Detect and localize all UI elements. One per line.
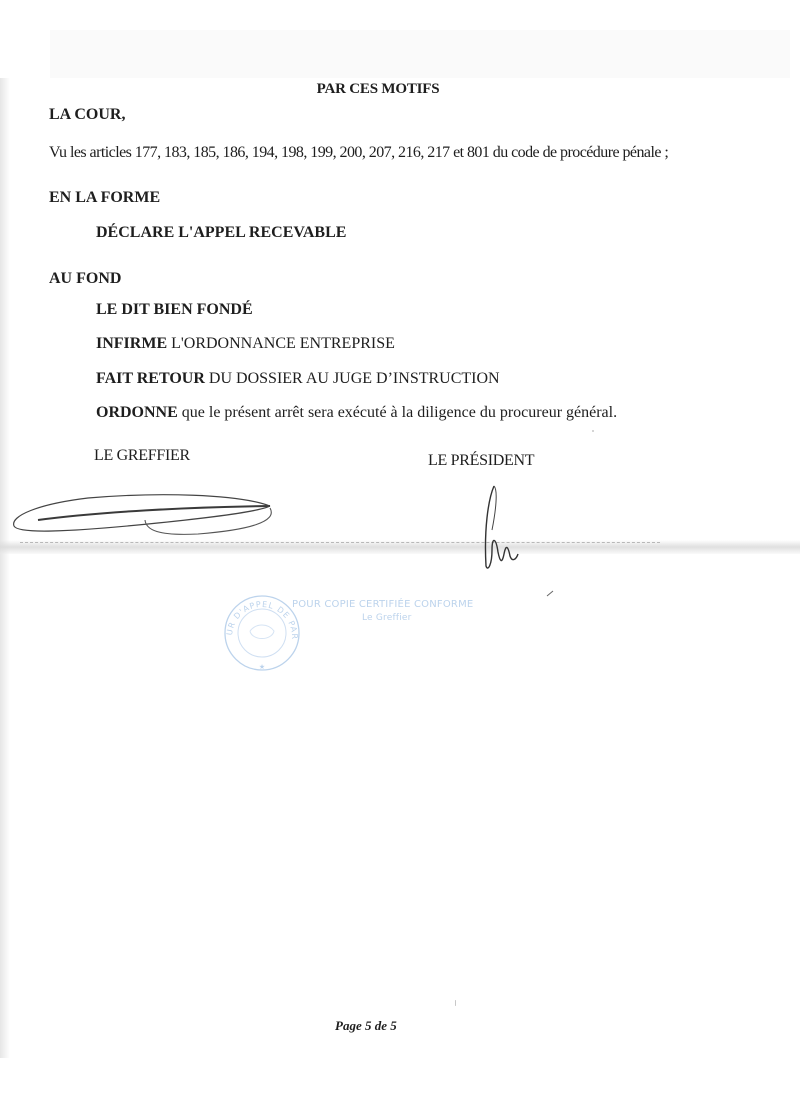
scan-haze [50,30,790,78]
certification-signer: Le Greffier [362,613,412,623]
scan-speck [592,430,594,432]
president-title: LE PRÉSIDENT [428,452,534,470]
svg-text:COUR D'APPEL DE PARIS: COUR D'APPEL DE PARIS [222,593,299,640]
pen-mark [545,588,555,598]
ruling-verb: FAIT RETOUR [96,370,205,387]
scan-edge-shadow [0,78,10,1058]
fold-line [20,542,660,543]
scan-speck [455,1000,456,1006]
merits-section-label: AU FOND [49,270,121,288]
page-heading: PAR CES MOTIFS [0,80,756,98]
greffier-signature [8,490,288,546]
certification-line: POUR COPIE CERTIFIÉE CONFORME [292,599,473,610]
court-seal: ★ COUR D'APPEL DE PARIS [222,593,302,673]
ruling-line: FAIT RETOUR DU DOSSIER AU JUGE D’INSTRUC… [96,370,500,388]
ruling-verb: LE DIT BIEN FONDÉ [96,301,253,318]
seal-text: COUR D'APPEL DE PARIS [222,593,299,640]
president-signature [480,480,560,580]
ruling-text: que le présent arrêt sera exécuté à la d… [178,404,617,421]
ruling-line: ORDONNE que le présent arrêt sera exécut… [96,404,617,422]
ruling-line: INFIRME L'ORDONNANCE ENTREPRISE [96,335,395,353]
ruling-line: LE DIT BIEN FONDÉ [96,301,253,319]
ruling-verb: INFIRME [96,335,167,352]
form-ruling: DÉCLARE L'APPEL RECEVABLE [96,224,346,242]
page-number: Page 5 de 5 [335,1017,397,1035]
form-section-label: EN LA FORME [49,189,160,207]
articles-line: Vu les articles 177, 183, 185, 186, 194,… [49,144,668,162]
ruling-text: DU DOSSIER AU JUGE D’INSTRUCTION [205,370,500,387]
court-label: LA COUR, [49,106,125,124]
svg-text:★: ★ [259,663,265,671]
ruling-verb: ORDONNE [96,404,178,421]
ruling-text: L'ORDONNANCE ENTREPRISE [167,335,395,352]
greffier-title: LE GREFFIER [94,447,190,465]
